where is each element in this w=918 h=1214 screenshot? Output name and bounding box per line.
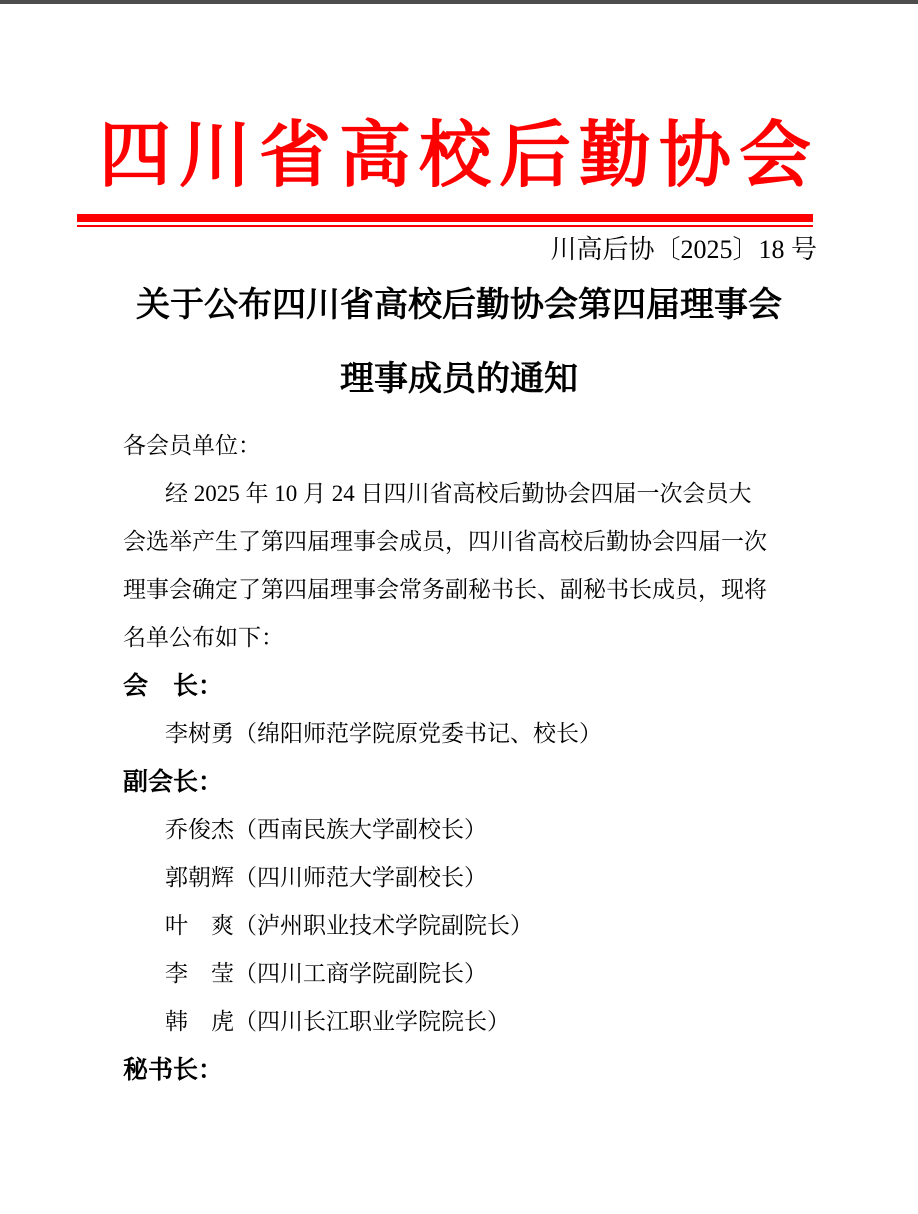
section-label-president: 会 长： — [123, 662, 823, 710]
divider-thick-line — [77, 214, 813, 222]
member-item: 郭朝辉（四川师范大学副校长） — [123, 854, 823, 902]
divider-thin-line — [77, 225, 813, 227]
document-title-line1: 关于公布四川省高校后勤协会第四届理事会 — [0, 269, 918, 343]
body-paragraph-line: 理事会确定了第四届理事会常务副秘书长、副秘书长成员，现将 — [123, 566, 823, 614]
section-label-secretary-general: 秘书长： — [123, 1046, 823, 1094]
body-paragraph-line: 经 2025 年 10 月 24 日四川省高校后勤协会四届一次会员大 — [123, 470, 823, 518]
document-number: 川高后协〔2025〕18 号 — [0, 235, 918, 265]
org-masthead-title: 四川省高校后勤协会 — [0, 120, 918, 192]
window-top-edge — [0, 0, 918, 4]
document-title-line2: 理事成员的通知 — [0, 343, 918, 417]
document-title: 关于公布四川省高校后勤协会第四届理事会 理事成员的通知 — [0, 269, 918, 417]
member-item: 李树勇（绵阳师范学院原党委书记、校长） — [123, 710, 823, 758]
section-label-vice-presidents: 副会长： — [123, 758, 823, 806]
document-body: 各会员单位： 经 2025 年 10 月 24 日四川省高校后勤协会四届一次会员… — [123, 422, 823, 1094]
masthead-divider-rule — [77, 214, 813, 227]
document-page: 四川省高校后勤协会 川高后协〔2025〕18 号 关于公布四川省高校后勤协会第四… — [0, 120, 918, 1094]
member-item: 乔俊杰（西南民族大学副校长） — [123, 806, 823, 854]
member-item: 叶 爽（泸州职业技术学院副院长） — [123, 902, 823, 950]
body-paragraph-line: 名单公布如下： — [123, 614, 823, 662]
member-item: 李 莹（四川工商学院副院长） — [123, 950, 823, 998]
member-item: 韩 虎（四川长江职业学院院长） — [123, 998, 823, 1046]
salutation: 各会员单位： — [123, 422, 823, 470]
body-paragraph-line: 会选举产生了第四届理事会成员，四川省高校后勤协会四届一次 — [123, 518, 823, 566]
